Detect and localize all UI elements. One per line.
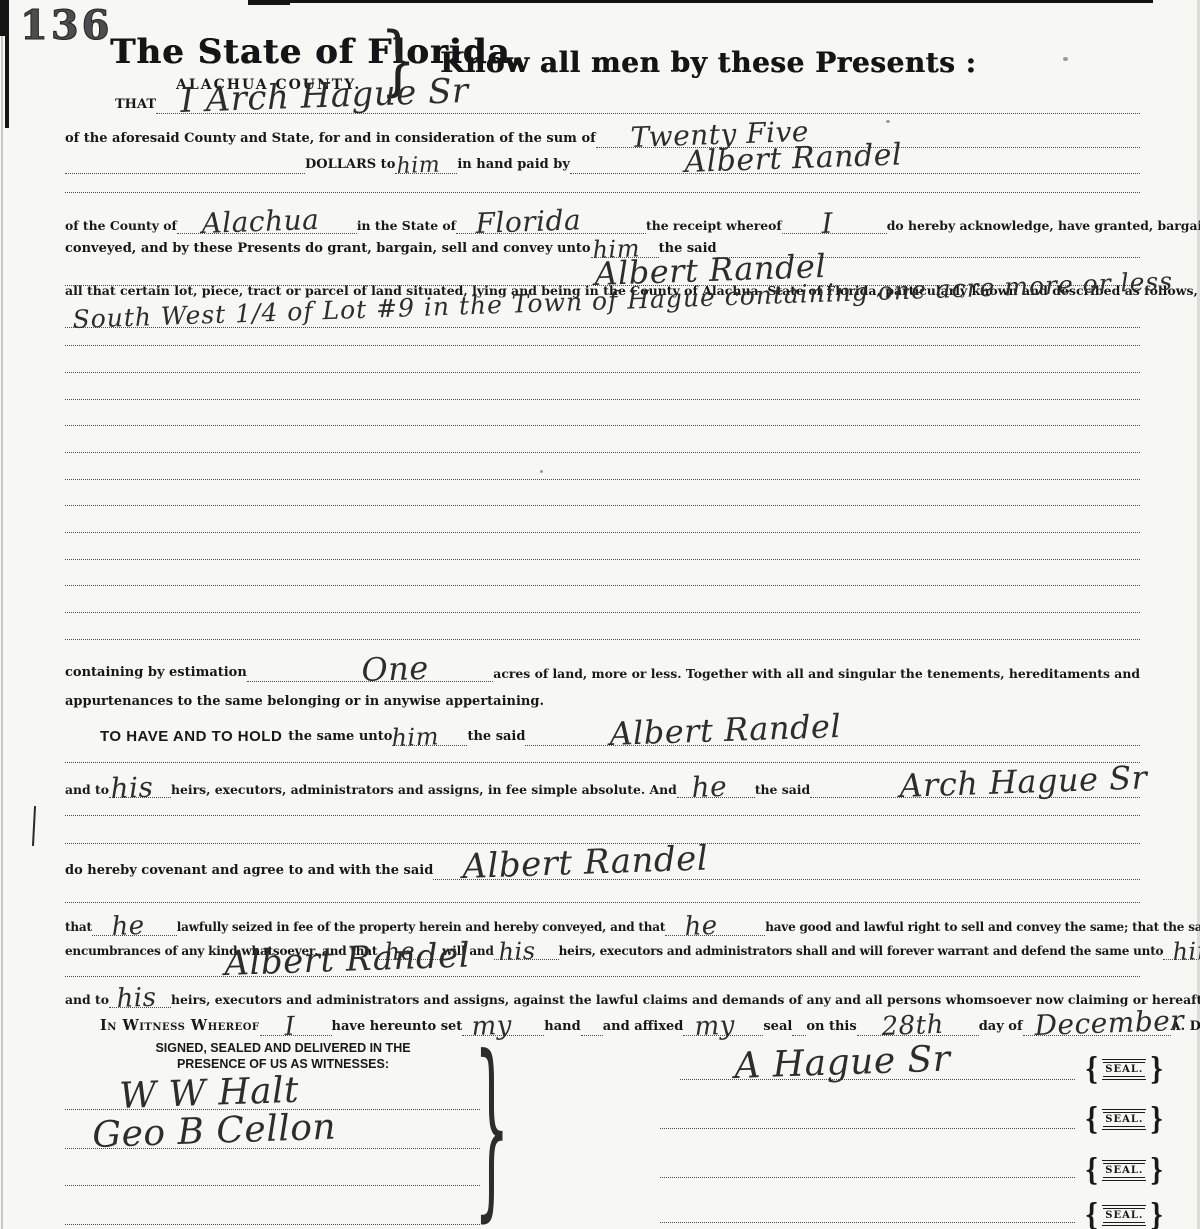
form-line-that: THAT I Arch Hague Sr [115,84,1140,114]
handwritten-i: I [284,1014,296,1040]
scan-edge-left [1,0,3,1229]
handwritten-grantor-signature: A Hague Sr [734,1041,951,1085]
empty-field [581,1007,603,1036]
empty-field [792,1007,806,1036]
grantor-signature-field: A Hague Sr [680,1043,1075,1080]
seal-core: SEAL. [1102,1109,1146,1130]
seal-stamp: { SEAL. } [1082,1056,1167,1083]
seal-brace-icon: } [1150,1202,1164,1229]
scan-artifact-pen-tick [32,806,36,846]
blank-line [660,1177,1075,1178]
hereunto-label: have hereunto set [332,1020,463,1036]
seal-label: SEAL. [1103,1163,1145,1178]
handwritten-grantee: Albert Randel [224,938,471,981]
grantor-signature-line: A Hague Sr [680,1044,1075,1080]
seal-core: SEAL. [1102,1160,1146,1181]
witness-signature-field: W W Halt [65,1075,480,1110]
seal-label: SEAL. [1103,1062,1145,1077]
handwritten-my: my [694,1013,735,1040]
scan-speck [540,470,543,473]
grantee-name-field: Albert Randel [433,849,1140,880]
day-field: 28th [857,1007,979,1036]
claims-label: heirs, executors and administrators and … [171,993,1200,1008]
grantee-name-field: Albert Randel [65,946,1140,977]
handwritten-grantee: Albert Randel [462,841,709,884]
covenant-label: do hereby covenant and agree to and with… [65,864,433,880]
blank-line [65,902,1140,903]
consideration-label: of the aforesaid County and State, for a… [65,132,596,148]
witness-heading-line1: SIGNED, SEALED AND DELIVERED IN THE [128,1040,438,1056]
witness-heading: SIGNED, SEALED AND DELIVERED IN THE PRES… [128,1040,438,1072]
and-to-label: and to [65,783,109,798]
seal-stamp: { SEAL. } [1082,1157,1167,1184]
seal-brace-icon: { [1085,1157,1099,1184]
handwritten-him: him [392,724,440,750]
blank-line [660,1128,1075,1129]
form-line-covenant: do hereby covenant and agree to and with… [65,850,1140,880]
the-said-label: the said [467,730,525,746]
pronoun-field: him [1163,935,1200,960]
blank-line [65,345,1140,346]
seal-core: SEAL. [1102,1059,1146,1080]
blank-line [65,585,1140,586]
seal-core: SEAL. [1102,1205,1146,1226]
blank-line [65,1185,480,1186]
handwritten-him: him [397,154,441,178]
seal-brace-icon: { [1085,1106,1099,1133]
blank-line [65,532,1140,533]
my-field: my [683,1007,763,1036]
witness-signature-line: Geo B Cellon [65,1113,480,1149]
form-line-seized: that he lawfully seized in fee of the pr… [65,910,1140,936]
handwritten-he: he [691,773,728,802]
month-field: December [1023,1007,1171,1036]
form-line-estimation: containing by estimation One acres of la… [65,650,1140,682]
on-this-label: on this [806,1020,856,1036]
witness-whereof-label: In Witness Whereof [100,1018,260,1036]
affixed-label: and affixed [603,1020,684,1036]
blank-line [65,479,1140,480]
form-line-witness-whereof: In Witness Whereof I have hereunto set m… [100,1008,1140,1036]
deed-document-page: 136 The State of Florida, ALACHUA COUNTY… [0,0,1200,1229]
scan-speck [1063,57,1068,61]
paid-by-label: in hand paid by [457,158,570,174]
form-line-claims: and to his heirs, executors and administ… [65,982,1140,1008]
form-line-dollars: DOLLARS to him in hand paid by Albert Ra… [65,148,1140,174]
blank-line [65,192,1140,193]
witness-brace-icon: } [474,1032,510,1224]
scan-artifact-top-blot [248,0,290,5]
pronoun-field: his [109,981,171,1008]
seal-brace-icon: { [1085,1056,1099,1083]
empty-field [65,147,305,174]
handwritten-estimation: One [361,652,429,686]
handwritten-payer: Albert Randel [684,140,903,178]
seal-stamp: { SEAL. } [1082,1202,1167,1229]
description-field: South West 1/4 of Lot #9 in the Town of … [65,293,1140,328]
form-line-grantee-repeat: Albert Randel [65,947,1140,977]
appurtenances-label: appurtenances to the same belonging or i… [65,694,544,709]
receipt-pronoun-field: I [782,203,887,234]
grantee-name-field: Albert Randel [525,713,1140,746]
have-hold-label: TO HAVE AND TO HOLD [100,728,282,746]
seal-brace-icon: } [1150,1157,1164,1184]
that-label: THAT [115,98,156,114]
witness-signature-line: W W Halt [65,1076,480,1110]
handwritten-grantor-name: I Arch Hague Sr [180,74,469,118]
handwritten-grantor: Arch Hague Sr [899,761,1148,802]
blank-line [65,425,1140,426]
pronoun-field: him [392,713,467,746]
page-number: 136 [20,2,113,49]
seal-stamp: { SEAL. } [1082,1106,1167,1133]
form-line-heirs: and to his heirs, executors, administrat… [65,768,1140,798]
pronoun-field: he [665,909,765,936]
state-field: Florida [456,203,646,234]
presents-title: Know all men by these Presents : [440,46,976,79]
payer-field: Albert Randel [570,147,1140,174]
seal-label: SEAL. [1103,1208,1145,1223]
pronoun-field: he [92,909,177,936]
seal-brace-icon: } [1150,1106,1164,1133]
grantor-name-field: I Arch Hague Sr [156,83,1140,114]
scan-artifact-top-line [248,0,1153,3]
blank-line [65,762,1140,763]
form-line-consideration: of the aforesaid County and State, for a… [65,122,1140,148]
day-of-label: day of [979,1020,1023,1036]
pronoun-field: his [109,767,171,798]
blank-line [65,372,1140,373]
pronoun-field: him [395,147,457,174]
handwritten-grantee: Albert Randel [609,710,842,750]
seal-brace-icon: } [1150,1056,1164,1083]
the-said-label: the said [755,783,810,798]
hand-label: hand [544,1020,580,1036]
containing-label: containing by estimation [65,666,247,682]
seized-label: lawfully seized in fee of the property h… [177,921,665,936]
form-line-have-hold: TO HAVE AND TO HOLD the same unto him th… [100,714,1140,746]
dollars-label: DOLLARS to [305,158,395,174]
estimation-field: One [247,649,493,682]
handwritten-witness-signature: Geo B Cellon [92,1110,337,1154]
handwritten-month: December [1034,1007,1185,1040]
blank-line [65,559,1140,560]
blank-line [65,452,1140,453]
form-line-county-state: of the County of Alachua in the State of… [65,204,1140,234]
and-to-label: and to [65,993,109,1008]
heirs-label: heirs, executors, administrators and ass… [171,783,677,798]
seal-brace-icon: { [1085,1202,1099,1229]
grantor-name-field: Arch Hague Sr [810,767,1140,798]
blank-line [65,505,1140,506]
pronoun-field: he [677,767,755,798]
seal-word-label: seal [763,1020,792,1036]
scan-artifact-corner [0,0,7,36]
acres-label: acres of land, more or less. Together wi… [493,667,1140,682]
blank-line [65,639,1140,640]
blank-line [65,612,1140,613]
blank-line [660,1222,1075,1223]
that-label: that [65,921,92,936]
seal-label: SEAL. [1103,1112,1145,1127]
county-field: Alachua [177,203,357,234]
blank-line [65,1224,480,1225]
blank-line [65,399,1140,400]
right-label: have good and lawful right to sell and c… [765,921,1200,936]
same-unto-label: the same unto [282,730,392,746]
handwritten-his: his [110,774,154,803]
blank-line [65,815,1140,816]
pronoun-field: I [260,1007,332,1036]
witness-signature-field: Geo B Cellon [65,1112,480,1149]
handwritten-him: him [1173,938,1200,964]
form-line-description: South West 1/4 of Lot #9 in the Town of … [65,294,1140,328]
handwritten-day: 28th [881,1012,944,1040]
